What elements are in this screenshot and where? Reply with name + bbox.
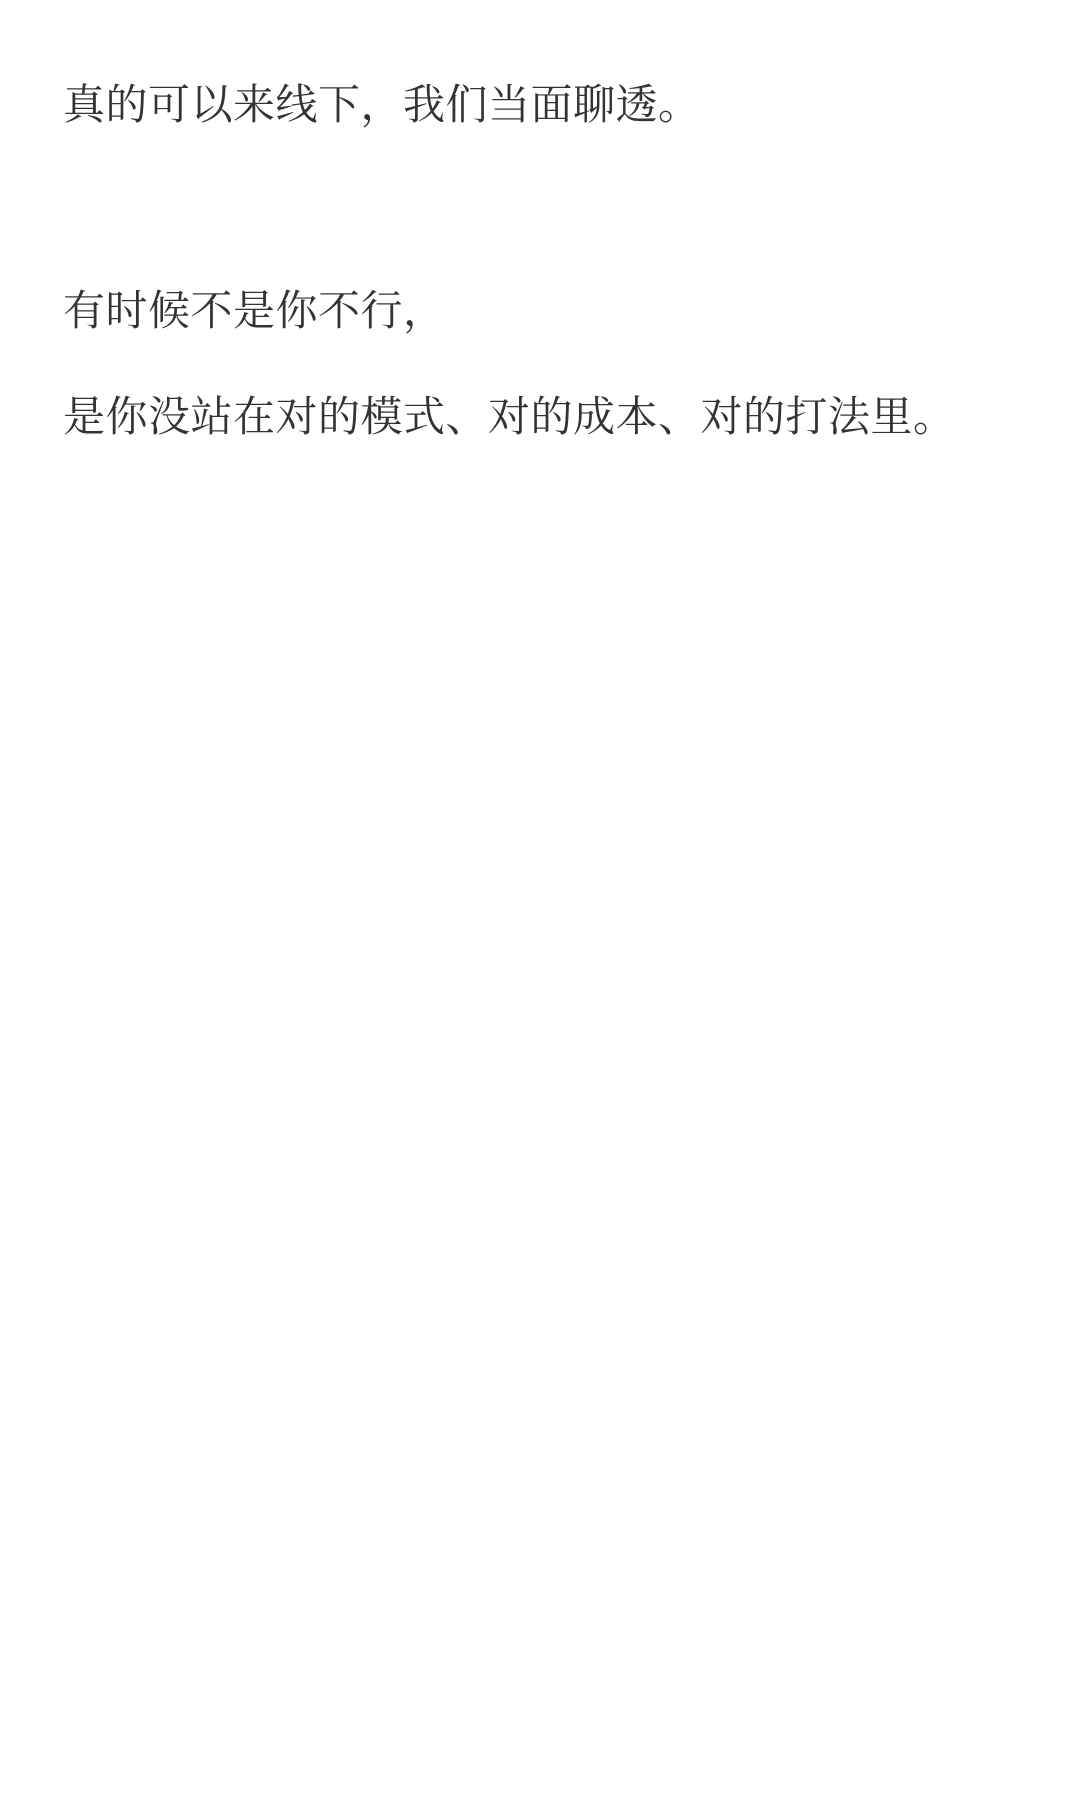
paragraph-1: 真的可以来线下，我们当面聊透。	[63, 84, 1020, 126]
paragraph-2: 有时候不是你不行，	[63, 290, 1020, 332]
paragraph-3: 是你没站在对的模式、对的成本、对的打法里。	[63, 396, 1020, 438]
article-body: 真的可以来线下，我们当面聊透。 有时候不是你不行， 是你没站在对的模式、对的成本…	[0, 0, 1080, 1800]
